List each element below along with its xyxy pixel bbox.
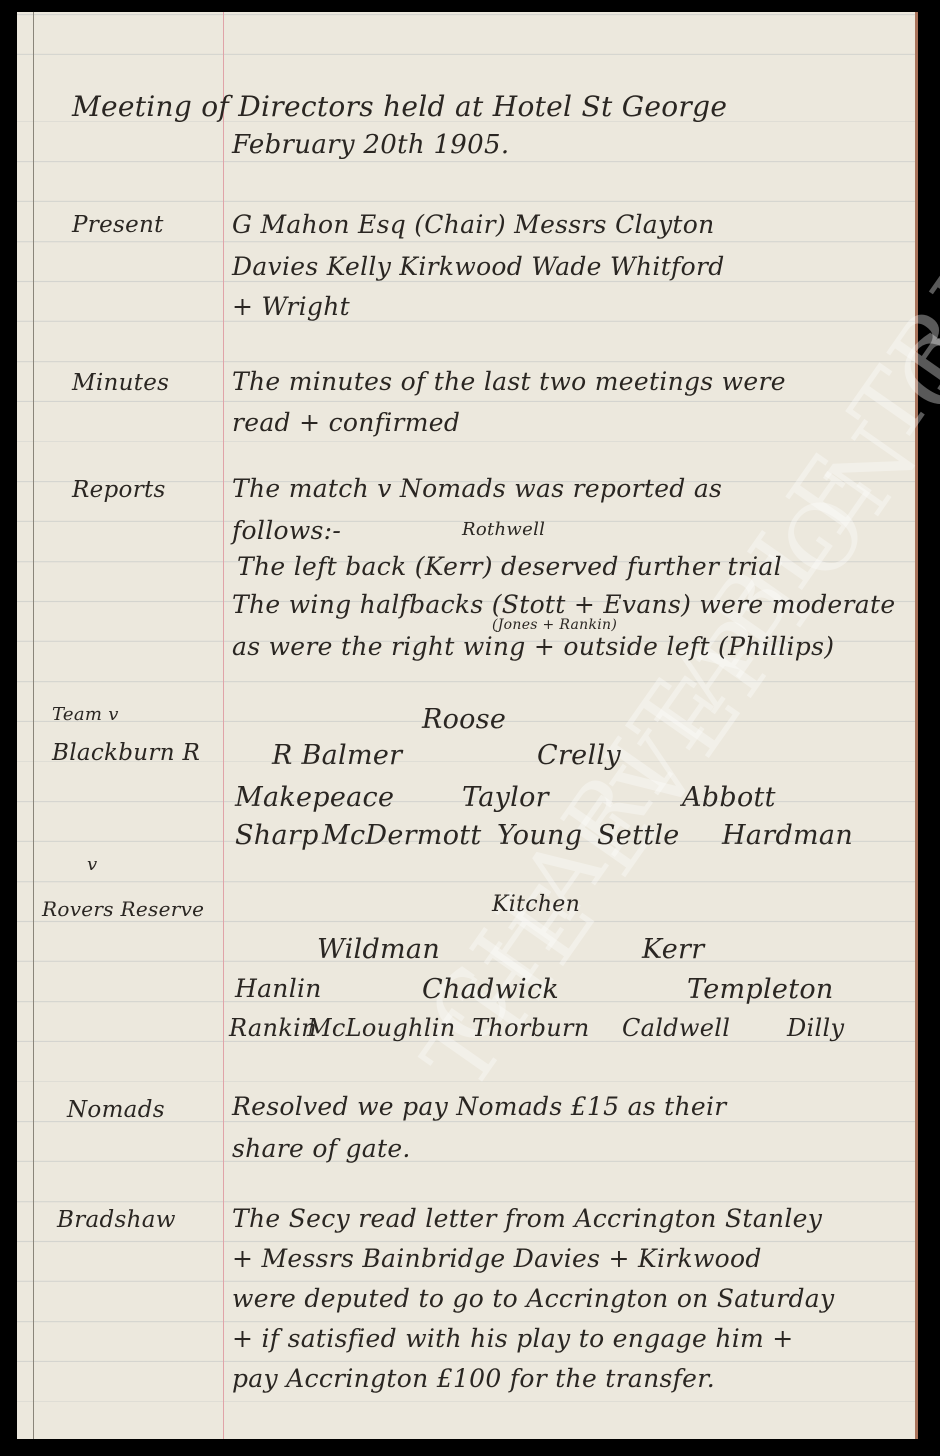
meeting-date: February 20th 1905. — [232, 130, 509, 160]
reserve-half-centre: Chadwick — [422, 974, 559, 1005]
reserve-back-left: Wildman — [317, 934, 440, 965]
ledger-page: THE EVERTON COLLECTION CHARITABLE TRUST … — [17, 12, 918, 1439]
reserve-half-right: Templeton — [687, 974, 834, 1005]
reserve-forward-3: Thorburn — [472, 1014, 590, 1042]
present-line-1: G Mahon Esq (Chair) Messrs Clayton — [232, 210, 715, 239]
reserve-forward-4: Caldwell — [622, 1014, 730, 1042]
reserve-forward-2: McLoughlin — [307, 1014, 456, 1042]
bradshaw-line-3: were deputed to go to Accrington on Satu… — [232, 1284, 834, 1313]
nomads-line-1: Resolved we pay Nomads £15 as their — [232, 1092, 727, 1121]
team-forward-4: Settle — [597, 820, 680, 851]
left-rule-line — [33, 12, 34, 1439]
reports-line-2: follows:- — [232, 516, 341, 545]
bradshaw-line-4: + if satisfied with his play to engage h… — [232, 1324, 794, 1353]
team-half-centre: Taylor — [462, 782, 549, 813]
section-label-blackburn: Blackburn R — [52, 740, 200, 766]
section-label-minutes: Minutes — [72, 370, 169, 396]
red-margin-line — [223, 12, 224, 1439]
team-half-right: Abbott — [682, 782, 776, 813]
section-label-bradshaw: Bradshaw — [57, 1207, 176, 1233]
present-line-2: Davies Kelly Kirkwood Wade Whitford — [232, 252, 725, 281]
team-goalkeeper: Roose — [422, 704, 506, 735]
reserve-forward-5: Dilly — [787, 1014, 844, 1042]
reserve-forward-1: Rankin — [229, 1014, 317, 1042]
team-half-left: Makepeace — [235, 782, 394, 813]
team-forward-3: Young — [497, 820, 582, 851]
section-label-rovers-reserve: Rovers Reserve — [42, 897, 204, 921]
reports-line-3: The left back (Kerr) deserved further tr… — [237, 552, 782, 581]
nomads-line-2: share of gate. — [232, 1134, 411, 1163]
insertion-rothwell: Rothwell — [462, 519, 545, 540]
reserve-goalkeeper: Kitchen — [492, 892, 580, 917]
section-label-reports: Reports — [72, 477, 166, 503]
team-forward-5: Hardman — [722, 820, 853, 851]
reports-line-5: as were the right wing + outside left (P… — [232, 632, 834, 661]
bradshaw-line-1: The Secy read letter from Accrington Sta… — [232, 1204, 822, 1233]
team-back-right: Crelly — [537, 740, 621, 771]
bradshaw-line-2: + Messrs Bainbridge Davies + Kirkwood — [232, 1244, 762, 1273]
minutes-line-1: The minutes of the last two meetings wer… — [232, 367, 786, 396]
section-label-present: Present — [72, 212, 164, 238]
team-back-left: R Balmer — [272, 740, 402, 771]
section-label-team-v: Team v — [52, 704, 119, 725]
present-line-3: + Wright — [232, 292, 350, 321]
reports-line-1: The match v Nomads was reported as — [232, 474, 722, 503]
insertion-jones-rankin: (Jones + Rankin) — [492, 617, 617, 633]
v-mark: v — [87, 854, 97, 875]
team-forward-1: Sharp — [235, 820, 319, 851]
watermark-line-2: CHARITABLE TRUST — [408, 105, 940, 1067]
bradshaw-line-5: pay Accrington £100 for the transfer. — [232, 1364, 715, 1393]
reports-line-4: The wing halfbacks (Stott + Evans) were … — [232, 590, 895, 619]
section-label-nomads: Nomads — [67, 1097, 165, 1123]
team-forward-2: McDermott — [322, 820, 482, 851]
reserve-half-left: Hanlin — [235, 974, 322, 1003]
meeting-heading: Meeting of Directors held at Hotel St Ge… — [72, 90, 727, 123]
reserve-back-right: Kerr — [642, 934, 704, 965]
minutes-line-2: read + confirmed — [232, 408, 460, 437]
